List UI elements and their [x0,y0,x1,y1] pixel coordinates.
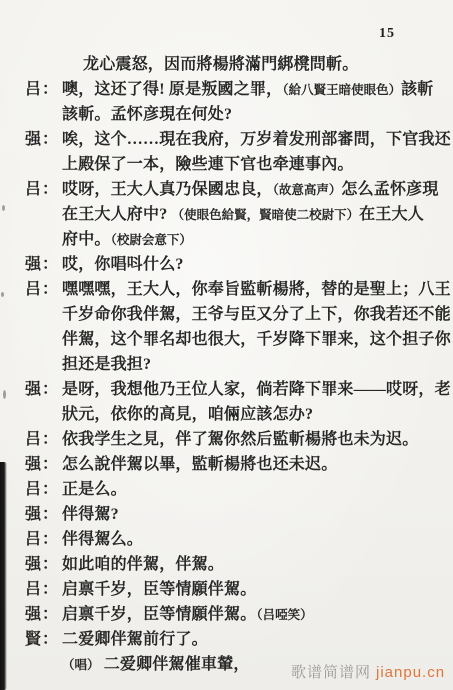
speaker-label: 吕： [25,477,62,502]
stage-direction: （給八賢王暗使眼色） [282,83,401,97]
dialogue-text: 哎，你唱呌什么? [62,256,184,273]
dialogue-text: 哎呀，王大人真乃保國忠良， [62,181,273,198]
dialogue-line: 千岁命你我伴駕，王爷与臣又分了上下，你我若还不能 [25,302,443,327]
line-text: 噢，这还了得! 原是叛國之罪，（給八賢王暗使眼色）該斬 [62,77,434,103]
dialogue-text: 启禀千岁，臣等情願伴駕。 [62,606,256,623]
stage-direction: （校尉会意下） [111,233,192,247]
dialogue-line: 吕：哎呀，王大人真乃保國忠良，（故意高声）怎么孟怀彦現 [25,177,443,202]
line-text: 怎么說伴駕以畢，監斬楊將也还未迟。 [62,452,337,477]
line-text: 龙心震怒，因而將楊將滿門綁櫈問斬。 [83,52,358,77]
line-text: 如此咱的伴駕，伴駕。 [62,552,224,577]
dialogue-text: 在王大人府中? [62,206,172,223]
dialogue-line: 吕：噢，这还了得! 原是叛國之罪，（給八賢王暗使眼色）該斬 [25,77,443,102]
line-text: 該斬。孟怀彦現在何处? [62,102,232,127]
dialogue-text: 担还是我担? [62,356,151,373]
dialogue-text: 正是么。 [62,481,127,498]
dialogue-text: 怎么說伴駕以畢，監斬楊將也还未迟。 [62,456,337,473]
dialogue-text: 伴駕，这个罪名却也很大，千岁降下罪来，这个担子你 [62,331,451,348]
speaker-label: 强： [25,602,62,627]
speaker-label: 强： [25,252,62,277]
dialogue-text: 二爱卿伴駕催車輦， [100,656,250,673]
speaker-label: 吕： [25,577,62,602]
watermark-site-name: 歌谱简谱网 [291,664,371,681]
dialogue-text: 狀元，依你的高見，咱倆应該怎办? [62,406,313,423]
dialogue-line: 强：怎么說伴駕以畢，監斬楊將也还未迟。 [25,452,443,477]
dialogue-line: 强：如此咱的伴駕，伴駕。 [25,552,443,577]
line-text: 二爱卿伴駕前行了。 [62,627,208,652]
line-text: 正是么。 [62,477,127,502]
line-text: 伴駕，这个罪名却也很大，千岁降下罪来，这个担子你 [62,327,451,352]
line-text: 狀元，依你的高見，咱倆应該怎办? [62,402,313,427]
speaker-label: 吕： [25,527,62,552]
speaker-label: 强： [25,452,62,477]
dialogue-text: 怎么孟怀彦現 [341,181,438,198]
dialogue-line: 在王大人府中? （使眼色給賢，賢暗使二校尉下）在王大人 [25,202,443,227]
speaker-label: 吕： [25,77,62,102]
watermark: 歌谱简谱网jianpu.cn [291,661,445,682]
dialogue-text: 該斬 [401,81,433,98]
dialogue-line: 狀元，依你的高見，咱倆应該怎办? [25,402,443,427]
line-text: 依我学生之見，伴了駕你然后監斬楊將也未为迟。 [62,427,418,452]
scan-speck [1,292,4,297]
dialogue-text: 依我学生之見，伴了駕你然后監斬楊將也未为迟。 [62,431,418,448]
line-text: 千岁命你我伴駕，王爷与臣又分了上下，你我若还不能 [62,302,451,327]
stage-direction: （故意高声） [273,183,342,197]
dialogue-text: 如此咱的伴駕，伴駕。 [62,556,224,573]
scan-speck [3,390,6,399]
dialogue-text: 二爱卿伴駕前行了。 [62,631,208,648]
dialogue-text: 唉，这个……現在我府，万岁着发刑部審問，下官我还 [62,131,451,148]
stage-direction: （使眼色給賢，賢暗使二校尉下） [172,208,360,222]
line-text: 是呀，我想他乃王位人家，倘若降下罪来——哎呀，老 [62,377,451,402]
dialogue-line: 府中。（校尉会意下） [25,227,443,252]
line-text: （唱） 二爱卿伴駕催車輦， [62,652,250,678]
dialogue-line: 担还是我担? [25,352,443,377]
line-text: 担还是我担? [62,352,151,377]
dialogue-line: 賢：二爱卿伴駕前行了。 [25,627,443,652]
dialogue-line: 龙心震怒，因而將楊將滿門綁櫈問斬。 [25,52,443,77]
stage-direction: （吕啞笑） [256,608,312,622]
stage-direction: （唱） [62,658,100,672]
dialogue-text: 龙心震怒，因而將楊將滿門綁櫈問斬。 [83,56,358,73]
line-text: 唉，这个……現在我府，万岁着发刑部審問，下官我还 [62,127,451,152]
dialogue-line: 强：唉，这个……現在我府，万岁着发刑部審問，下官我还 [25,127,443,152]
line-text: 在王大人府中? （使眼色給賢，賢暗使二校尉下）在王大人 [62,202,424,228]
line-text: 哎呀，王大人真乃保國忠良，（故意高声）怎么孟怀彦現 [62,177,439,203]
speaker-label: 强： [25,377,62,402]
dialogue-text: 噢，这还了得! 原是叛國之罪， [62,81,282,98]
speaker-label: 强： [25,552,62,577]
dialogue-line: 吕：伴得駕么。 [25,527,443,552]
script-body: 龙心震怒，因而將楊將滿門綁櫈問斬。吕：噢，这还了得! 原是叛國之罪，（給八賢王暗… [0,52,453,677]
page-number: 15 [379,26,395,42]
speaker-label: 吕： [25,177,62,202]
dialogue-line: 吕：嘿嘿嘿，王大人，你奉旨監斬楊將，替的是聖上；八王 [25,277,443,302]
dialogue-line: 强：伴得駕? [25,502,443,527]
dialogue-text: 伴得駕? [62,506,119,523]
line-text: 伴得駕? [62,502,119,527]
dialogue-text: 千岁命你我伴駕，王爷与臣又分了上下，你我若还不能 [62,306,451,323]
dialogue-line: 上殿保了一本，險些連下官也牵連事內。 [25,152,443,177]
dialogue-text: 該斬。孟怀彦現在何处? [62,106,232,123]
dialogue-line: 該斬。孟怀彦現在何处? [25,102,443,127]
dialogue-line: 吕：启禀千岁，臣等情願伴駕。 [25,577,443,602]
line-text: 哎，你唱呌什么? [62,252,184,277]
dialogue-line: 吕：依我学生之見，伴了駕你然后監斬楊將也未为迟。 [25,427,443,452]
speaker-label: 吕： [25,427,62,452]
dialogue-text: 伴得駕么。 [62,531,143,548]
line-text: 启禀千岁，臣等情願伴駕。 [62,577,256,602]
dialogue-line: 强：启禀千岁，臣等情願伴駕。（吕啞笑） [25,602,443,627]
line-text: 启禀千岁，臣等情願伴駕。（吕啞笑） [62,602,313,628]
scan-spine-shadow [0,462,7,690]
dialogue-text: 在王大人 [359,206,424,223]
line-text: 上殿保了一本，險些連下官也牵連事內。 [62,152,354,177]
dialogue-text: 府中。 [62,231,111,248]
line-text: 伴得駕么。 [62,527,143,552]
speaker-label: 强： [25,127,62,152]
line-text: 府中。（校尉会意下） [62,227,192,253]
dialogue-line: 强：是呀，我想他乃王位人家，倘若降下罪来——哎呀，老 [25,377,443,402]
speaker-label: 强： [25,502,62,527]
dialogue-line: 吕：正是么。 [25,477,443,502]
scan-speck [2,205,5,211]
dialogue-text: 嘿嘿嘿，王大人，你奉旨監斬楊將，替的是聖上；八王 [62,281,451,298]
dialogue-text: 启禀千岁，臣等情願伴駕。 [62,581,256,598]
dialogue-text: 上殿保了一本，險些連下官也牵連事內。 [62,156,354,173]
speaker-label: 吕： [25,277,62,302]
dialogue-line: 伴駕，这个罪名却也很大，千岁降下罪来，这个担子你 [25,327,443,352]
line-text: 嘿嘿嘿，王大人，你奉旨監斬楊將，替的是聖上；八王 [62,277,451,302]
scanned-script-page: 15 龙心震怒，因而將楊將滿門綁櫈問斬。吕：噢，这还了得! 原是叛國之罪，（給八… [0,0,453,690]
dialogue-text: 是呀，我想他乃王位人家，倘若降下罪来——哎呀，老 [62,381,451,398]
speaker-label: 賢： [25,627,62,652]
dialogue-line: 强：哎，你唱呌什么? [25,252,443,277]
watermark-site-url: jianpu.cn [376,664,445,681]
